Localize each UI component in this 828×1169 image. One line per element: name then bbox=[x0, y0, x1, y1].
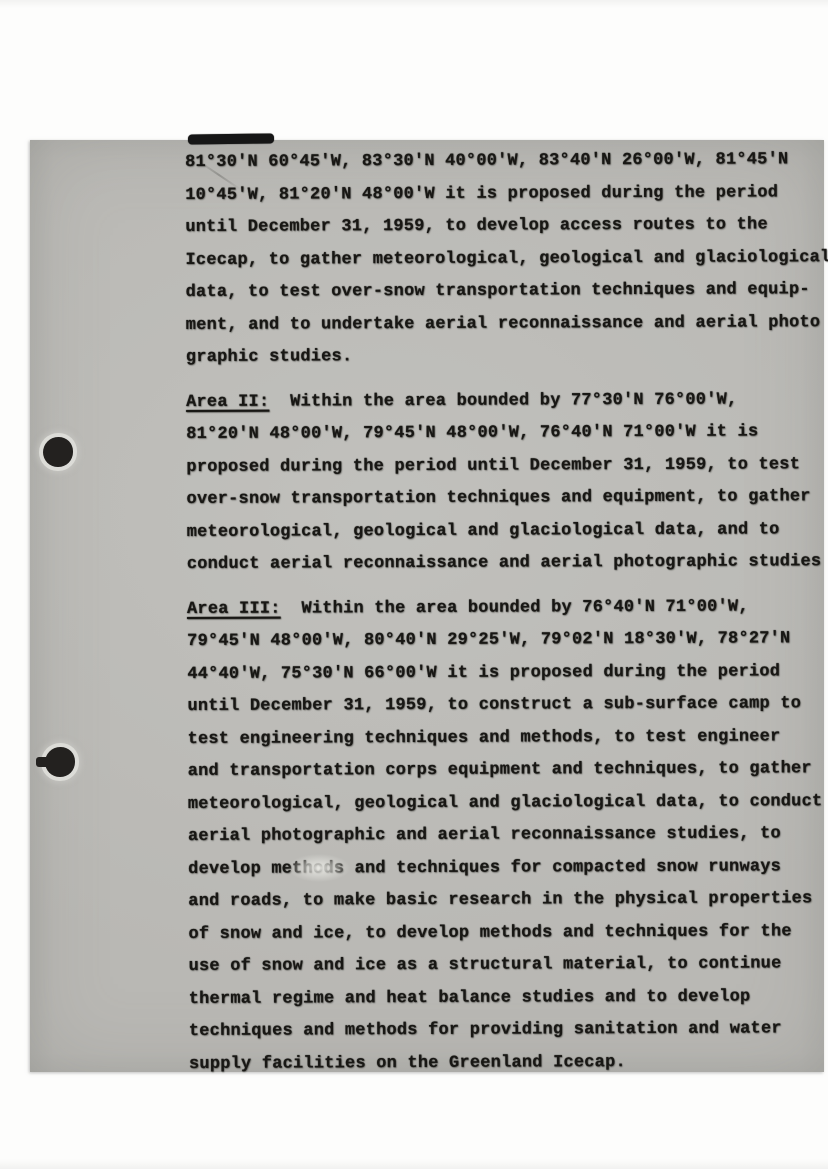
text-line: aerial photographic and aerial reconnais… bbox=[188, 818, 828, 853]
text-line: of snow and ice, to develop methods and … bbox=[188, 916, 828, 951]
text-line: develop methods and techniques for compa… bbox=[188, 851, 828, 886]
text-line: use of snow and ice as a structural mate… bbox=[189, 948, 828, 983]
text-line: test engineering techniques and methods,… bbox=[188, 721, 828, 756]
text-line: techniques and methods for providing san… bbox=[189, 1013, 828, 1048]
text-line: 81°30'N 60°45'W, 83°30'N 40°00'W, 83°40'… bbox=[185, 144, 827, 179]
redaction-bar bbox=[188, 133, 274, 144]
text-line: supply facilities on the Greenland Iceca… bbox=[189, 1046, 828, 1081]
text-line: until December 31, 1959, to construct a … bbox=[187, 688, 828, 723]
text-line: thermal regime and heat balance studies … bbox=[189, 981, 828, 1016]
paragraph-area-iii: Area III: Within the area bounded by 76°… bbox=[187, 591, 828, 1081]
hole-punch-top bbox=[43, 437, 73, 467]
smudge-mark bbox=[288, 854, 350, 882]
text-line: conduct aerial reconnaissance and aerial… bbox=[187, 546, 828, 581]
document-text: 81°30'N 60°45'W, 83°30'N 40°00'W, 83°40'… bbox=[185, 144, 828, 1093]
text-line: meteorological, geological and glaciolog… bbox=[188, 786, 828, 821]
text-line: 10°45'W, 81°20'N 48°00'W it is proposed … bbox=[185, 177, 827, 212]
text-line: 81°20'N 48°00'W, 79°45'N 48°00'W, 76°40'… bbox=[186, 416, 828, 451]
text-line: data, to test over-snow transportation t… bbox=[186, 274, 828, 309]
text-line: until December 31, 1959, to develop acce… bbox=[185, 209, 827, 244]
paragraph-area-ii: Area II: Within the area bounded by 77°3… bbox=[186, 384, 828, 582]
text-line: Icecap, to gather meteorological, geolog… bbox=[185, 242, 827, 277]
text-line: over-snow transportation techniques and … bbox=[186, 481, 828, 516]
text-line: Area III: Within the area bounded by 76°… bbox=[187, 591, 828, 626]
text-line: ment, and to undertake aerial reconnaiss… bbox=[186, 307, 828, 342]
area-ii-heading: Area II: bbox=[186, 392, 269, 411]
paragraph-area-i-continued: 81°30'N 60°45'W, 83°30'N 40°00'W, 83°40'… bbox=[185, 144, 828, 374]
text-line: 79°45'N 48°00'W, 80°40'N 29°25'W, 79°02'… bbox=[187, 623, 828, 658]
text-line: 44°40'W, 75°30'N 66°00'W it is proposed … bbox=[187, 656, 828, 691]
text-line-continuation: Within the area bounded by 77°30'N 76°00… bbox=[269, 390, 737, 411]
scanned-page: 81°30'N 60°45'W, 83°30'N 40°00'W, 83°40'… bbox=[30, 140, 824, 1072]
text-line: Area II: Within the area bounded by 77°3… bbox=[186, 384, 828, 419]
text-line: proposed during the period until Decembe… bbox=[186, 449, 828, 484]
text-line: meteorological, geological and glaciolog… bbox=[187, 514, 828, 549]
text-line: graphic studies. bbox=[186, 339, 828, 374]
text-line: and transportation corps equipment and t… bbox=[188, 753, 828, 788]
text-line: and roads, to make basic research in the… bbox=[188, 883, 828, 918]
area-iii-heading: Area III: bbox=[187, 599, 281, 618]
text-line-continuation: Within the area bounded by 76°40'N 71°00… bbox=[281, 597, 749, 618]
hole-punch-bottom bbox=[45, 747, 75, 777]
